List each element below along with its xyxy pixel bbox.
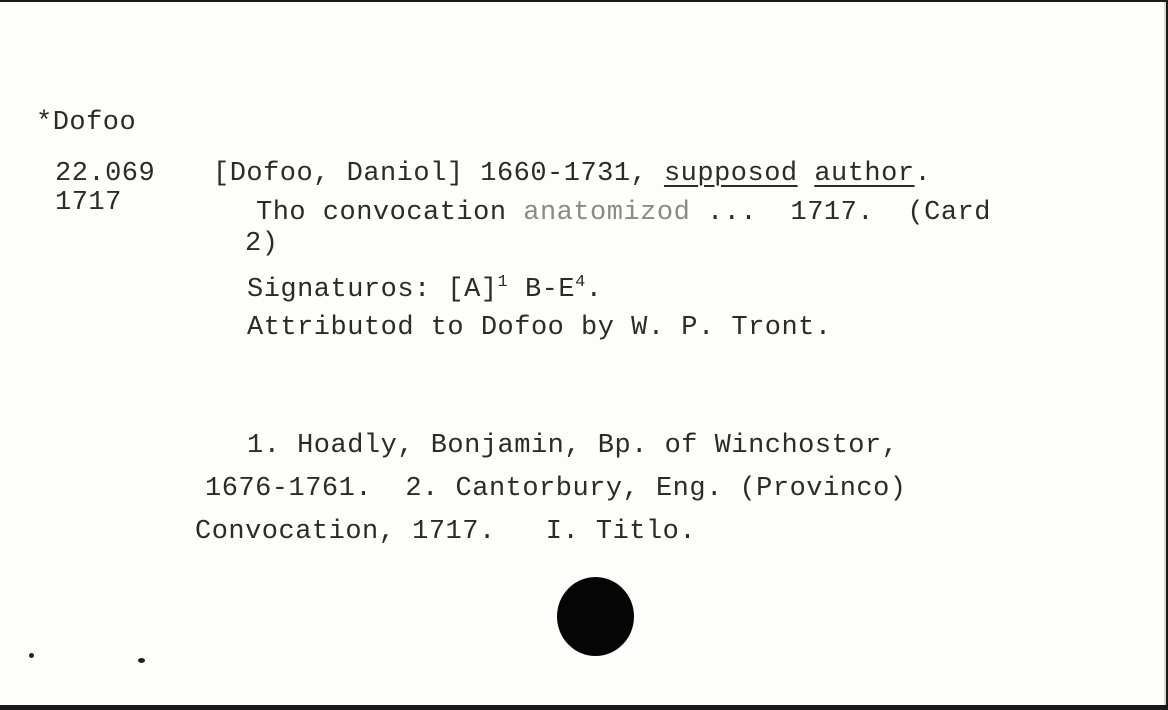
tracing-line-3: Convocation, 1717. I. Titlo.: [195, 519, 696, 546]
title-part-c: ... 1717. (Card: [690, 198, 991, 228]
title-continuation: 2): [245, 231, 278, 258]
heading-underlined-supposed: supposod: [664, 159, 798, 189]
ink-speck: [29, 653, 34, 658]
title-part-b: anatomizod: [523, 198, 690, 228]
heading-period: .: [915, 159, 932, 189]
main-entry-heading: [Dofoo, Daniol] 1660-1731, supposod auth…: [213, 161, 931, 188]
call-number-line-1: *Dofoo: [36, 110, 136, 137]
signatures-period: .: [586, 275, 603, 305]
signatures-note: Signaturos: [A]1 B-E4.: [247, 277, 602, 304]
punch-hole: [557, 577, 634, 656]
heading-underlined-author: author: [814, 159, 914, 189]
catalog-card: *Dofoo 22.069 1717 [Dofoo, Daniol] 1660-…: [0, 2, 1166, 705]
signatures-text: Signaturos: [A]: [247, 275, 498, 305]
call-number-line-3: 1717: [55, 190, 122, 217]
signatures-superscript-2: 4: [575, 273, 586, 292]
call-number-line-2: 22.069: [55, 161, 155, 188]
signatures-superscript-1: 1: [498, 273, 509, 292]
tracing-line-1: 1. Hoadly, Bonjamin, Bp. of Winchostor,: [247, 433, 898, 460]
title-line: Tho convocation anatomizod ... 1717. (Ca…: [256, 200, 991, 227]
heading-text: [Dofoo, Daniol] 1660-1731,: [213, 159, 664, 189]
heading-space: [798, 159, 815, 189]
attribution-note: Attributod to Dofoo by W. P. Tront.: [247, 315, 832, 342]
ink-speck: [138, 658, 145, 663]
title-part-a: Tho convocation: [256, 198, 523, 228]
signatures-range: B-E: [508, 275, 575, 305]
tracing-line-2: 1676-1761. 2. Cantorbury, Eng. (Provinco…: [205, 476, 907, 503]
